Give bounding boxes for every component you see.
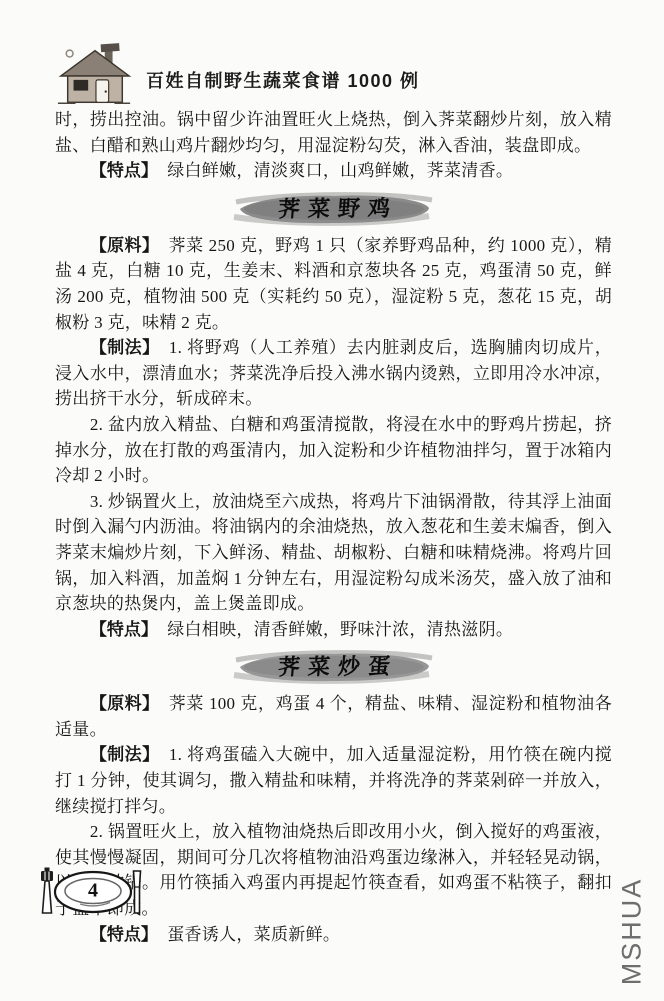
feature-label: 【特点】 xyxy=(90,161,158,180)
method-label: 【制法】 xyxy=(90,338,160,357)
book-title: 百姓自制野生蔬菜食谱 1000 例 xyxy=(146,67,420,108)
feature-line: 【特点】绿白相映，清香鲜嫩，野味汁浓，清热滋阴。 xyxy=(55,617,612,643)
ingredients-label: 【原料】 xyxy=(90,694,160,713)
recipe2-title: 荠菜炒蛋 xyxy=(226,646,441,688)
method-label: 【制法】 xyxy=(90,745,160,764)
fork-icon xyxy=(41,868,53,914)
recipe-title-banner: 荠菜炒蛋 xyxy=(228,647,440,687)
page-number: 4 xyxy=(88,880,98,903)
feature-label: 【特点】 xyxy=(90,620,158,639)
ingredients-label: 【原料】 xyxy=(90,236,159,255)
watermark-text: MSHUA xyxy=(617,877,648,985)
page-header: 百姓自制野生蔬菜食谱 1000 例 xyxy=(56,42,420,108)
feature-label: 【特点】 xyxy=(90,925,158,944)
ingredients-paragraph: 【原料】荠菜 100 克，鸡蛋 4 个，精盐、味精、湿淀粉和植物油各适量。 xyxy=(55,691,612,742)
ingredients-paragraph: 【原料】荠菜 250 克，野鸡 1 只（家养野鸡品种，约 1000 克），精盐 … xyxy=(55,233,612,335)
page-footer: 4 xyxy=(36,866,146,918)
feature-line: 【特点】绿白鲜嫩，清淡爽口，山鸡鲜嫩，荠菜清香。 xyxy=(55,158,612,184)
content-column: 时，捞出控油。锅中留少许油置旺火上烧热，倒入荠菜翻炒片刻，放入精盐、白醋和熟山鸡… xyxy=(55,107,612,947)
method-step: 2. 盆内放入精盐、白糖和鸡蛋清搅散，将浸在水中的野鸡片捞起，挤掉水分，放在打散… xyxy=(55,412,612,489)
method-step: 3. 炒锅置火上，放油烧至六成热，将鸡片下油锅滑散，待其浮上油面时倒入漏勺内沥油… xyxy=(55,489,612,617)
continued-paragraph: 时，捞出控油。锅中留少许油置旺火上烧热，倒入荠菜翻炒片刻，放入精盐、白醋和熟山鸡… xyxy=(55,107,612,158)
book-page: 百姓自制野生蔬菜食谱 1000 例 时，捞出控油。锅中留少许油置旺火上烧热，倒入… xyxy=(0,0,664,1001)
recipe-title-banner: 荠菜野鸡 xyxy=(228,189,440,229)
house-icon xyxy=(56,42,134,108)
method-step: 【制法】1. 将野鸡（人工养殖）去内脏剥皮后，选胸脯肉切成片，浸入水中，漂清血水… xyxy=(55,335,612,412)
feature-line: 【特点】蛋香诱人，菜质新鲜。 xyxy=(55,922,612,948)
watermark: MSHUA xyxy=(604,874,660,988)
knife-icon xyxy=(134,871,141,913)
method-step: 【制法】1. 将鸡蛋磕入大碗中，加入适量湿淀粉，用竹筷在碗内搅打 1 分钟，使其… xyxy=(55,742,612,819)
recipe1-title: 荠菜野鸡 xyxy=(226,188,441,230)
